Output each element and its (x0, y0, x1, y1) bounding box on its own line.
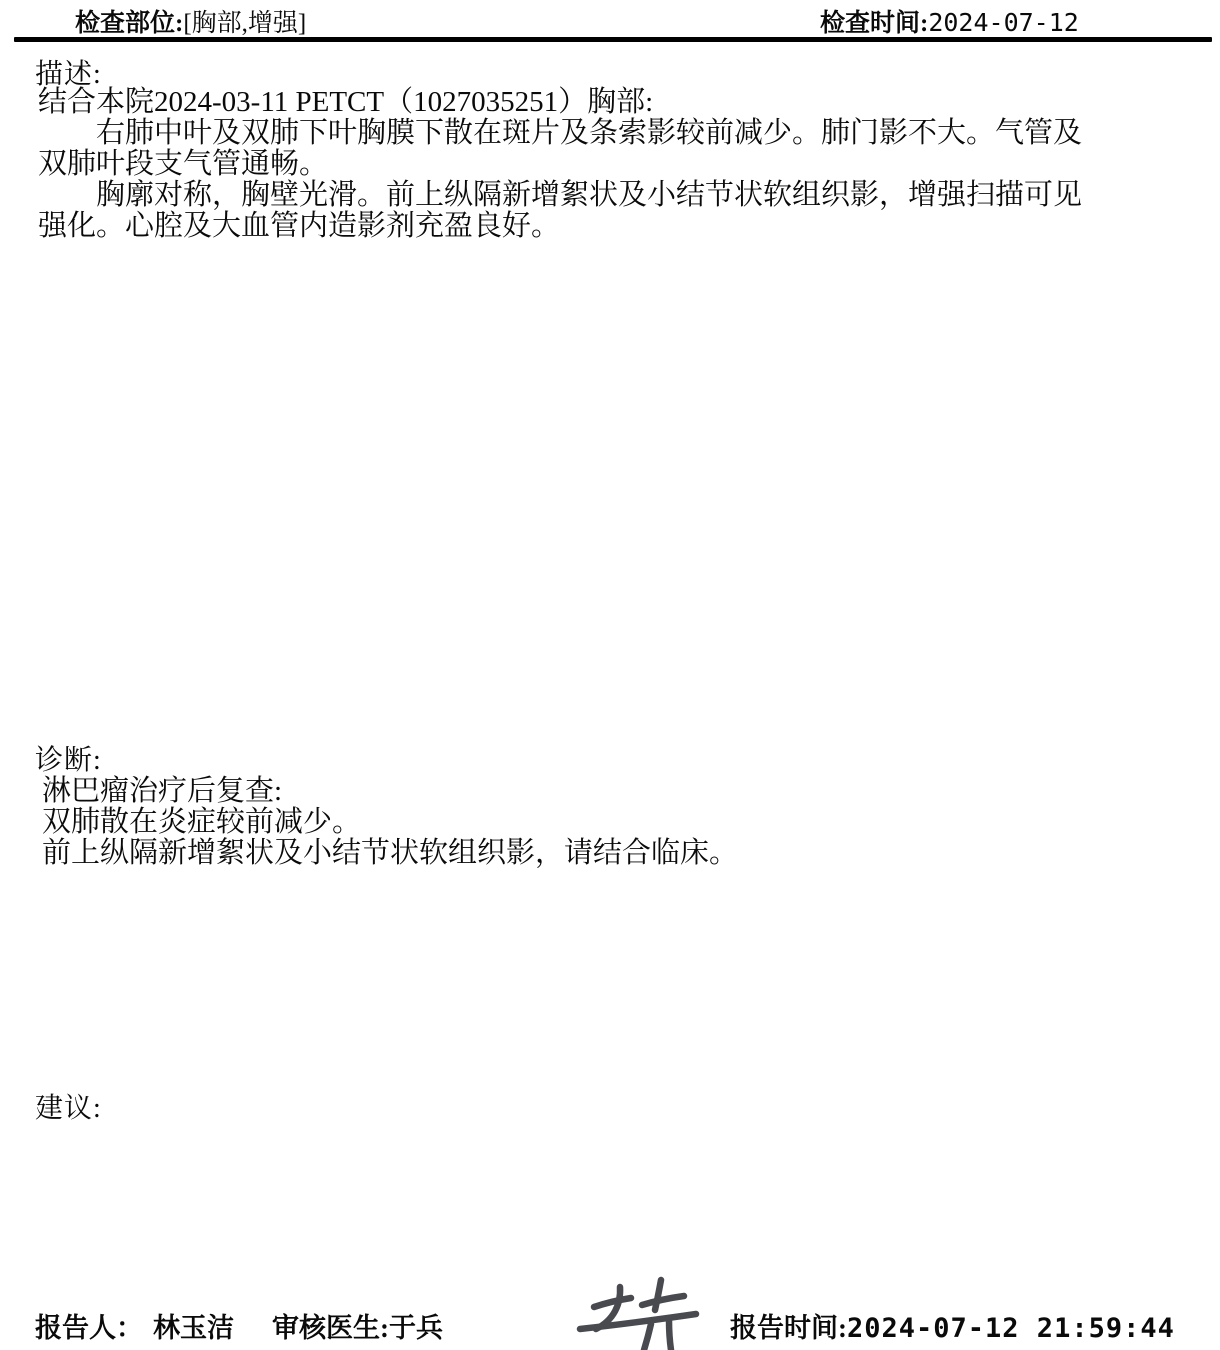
header-divider (14, 37, 1212, 42)
exam-time-label: 检查时间: (820, 10, 928, 37)
description-text: 结合本院2024-03-11 PETCT（1027035251）胸部: 右肺中叶… (38, 87, 1198, 242)
exam-site-value: [胸部,增强] (183, 10, 306, 37)
exam-site-label: 检查部位: (75, 10, 183, 37)
reporter-name: 林玉洁 (153, 1313, 234, 1343)
exam-site-field: 检查部位:[胸部,增强] (75, 3, 306, 39)
report-time-label: 报告时间: (730, 1313, 847, 1343)
reviewer-label: 审核医生: (272, 1313, 389, 1343)
reviewer-name: 于兵 (389, 1313, 443, 1343)
diagnosis-section-label: 诊断: (35, 738, 102, 778)
reporter-label: 报告人： (35, 1313, 143, 1343)
diagnosis-text: 淋巴瘤治疗后复查: 双肺散在炎症较前减少。 前上纵隔新增絮状及小结节状软组织影，… (42, 776, 1202, 869)
report-page: { "header": { "exam_site_label": "检查部位:"… (0, 0, 1220, 1350)
footer-signoff: 报告人：林玉洁审核医生:于兵 (35, 1306, 443, 1345)
signature-scribble-icon (572, 1276, 704, 1350)
exam-time-value: 2024-07-12 (928, 8, 1079, 37)
report-time-value: 2024-07-12 21:59:44 (847, 1313, 1175, 1344)
exam-time-field: 检查时间:2024-07-12 (820, 3, 1079, 39)
report-time-field: 报告时间:2024-07-12 21:59:44 (730, 1306, 1175, 1345)
suggestion-section-label: 建议: (35, 1086, 102, 1126)
reviewer-signature (572, 1276, 704, 1350)
